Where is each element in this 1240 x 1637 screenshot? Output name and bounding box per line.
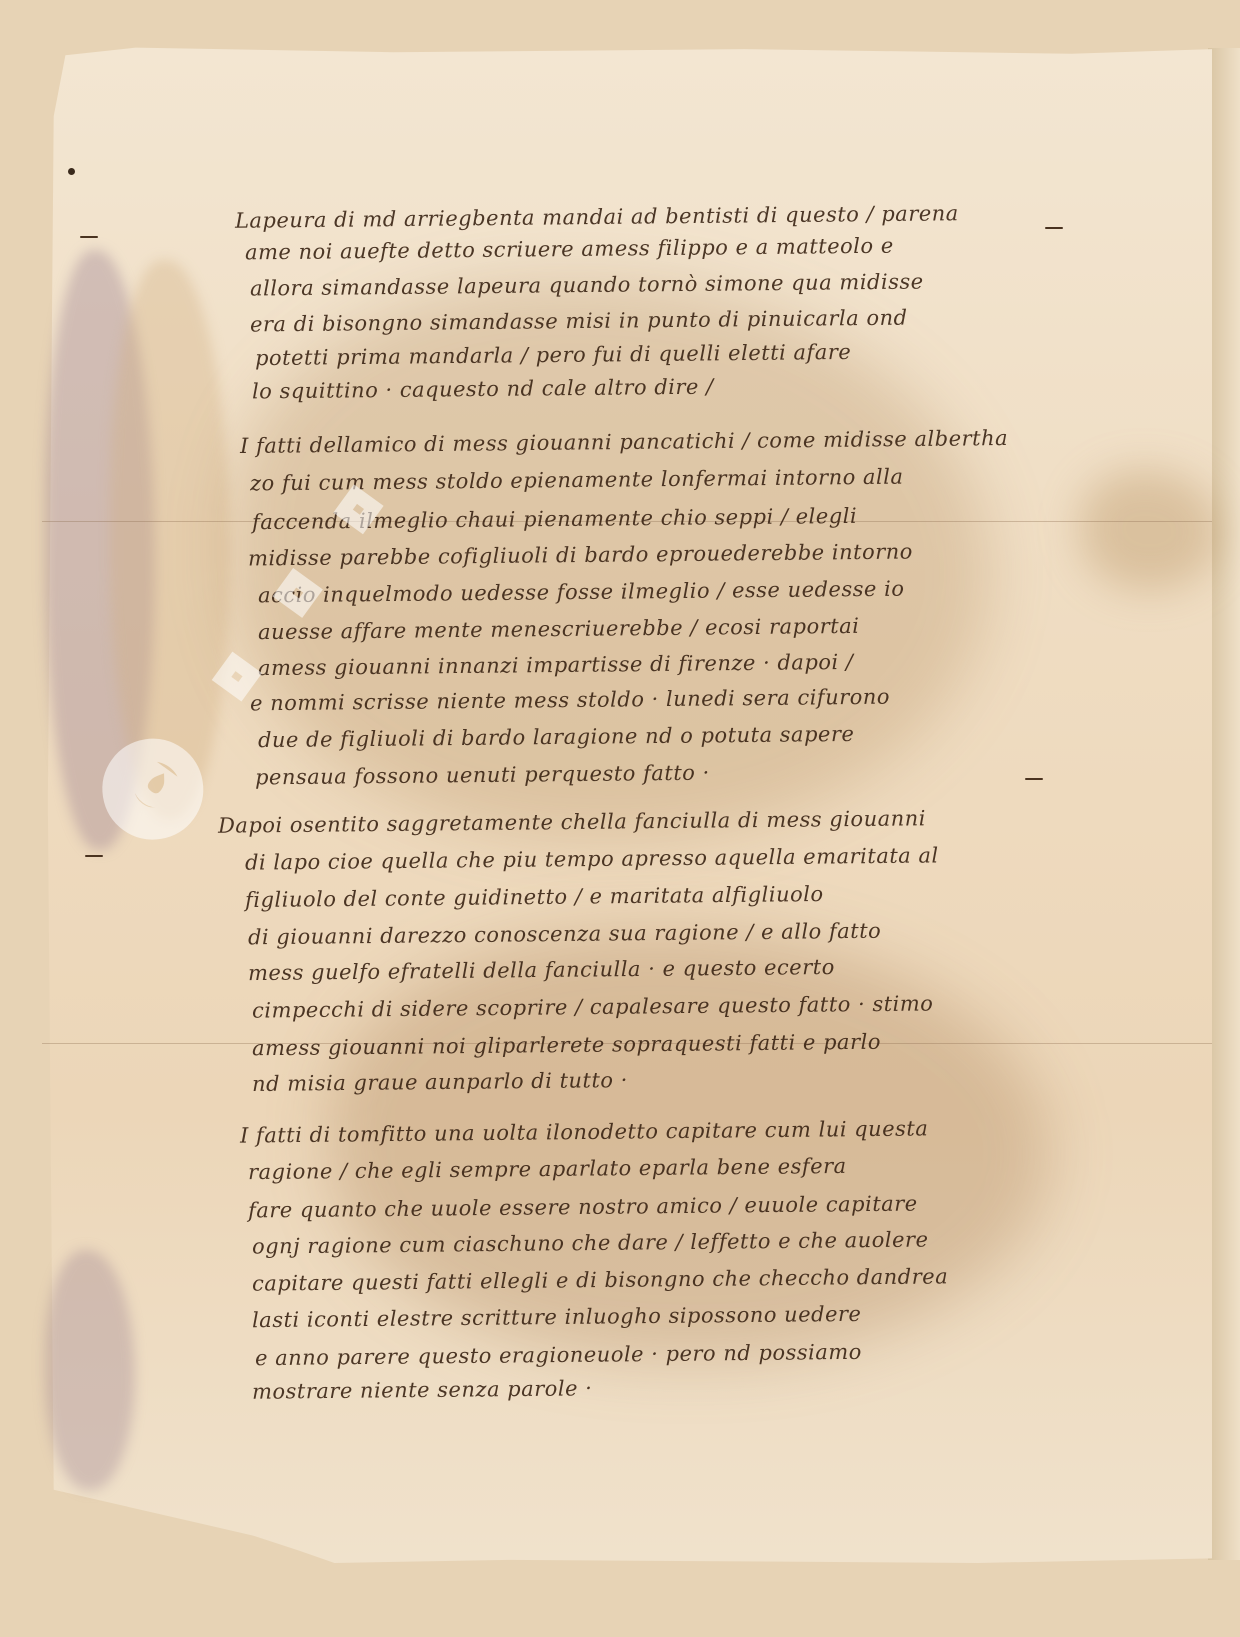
margin-mark xyxy=(1025,778,1043,780)
text-line: nd misia graue aunparlo di tutto · xyxy=(252,1068,628,1096)
text-line: pensaua fossono uenuti perquesto fatto · xyxy=(255,761,710,790)
adjacent-leaf-edge xyxy=(1208,48,1240,1560)
foxing-stain xyxy=(1080,470,1220,590)
margin-mark xyxy=(85,855,103,857)
text-line: mostrare niente senza parole · xyxy=(252,1376,593,1404)
text-line: lo squittino · caquesto nd cale altro di… xyxy=(252,375,714,404)
margin-mark xyxy=(1045,227,1063,229)
ink-spot xyxy=(68,168,75,175)
margin-mark xyxy=(80,236,98,238)
